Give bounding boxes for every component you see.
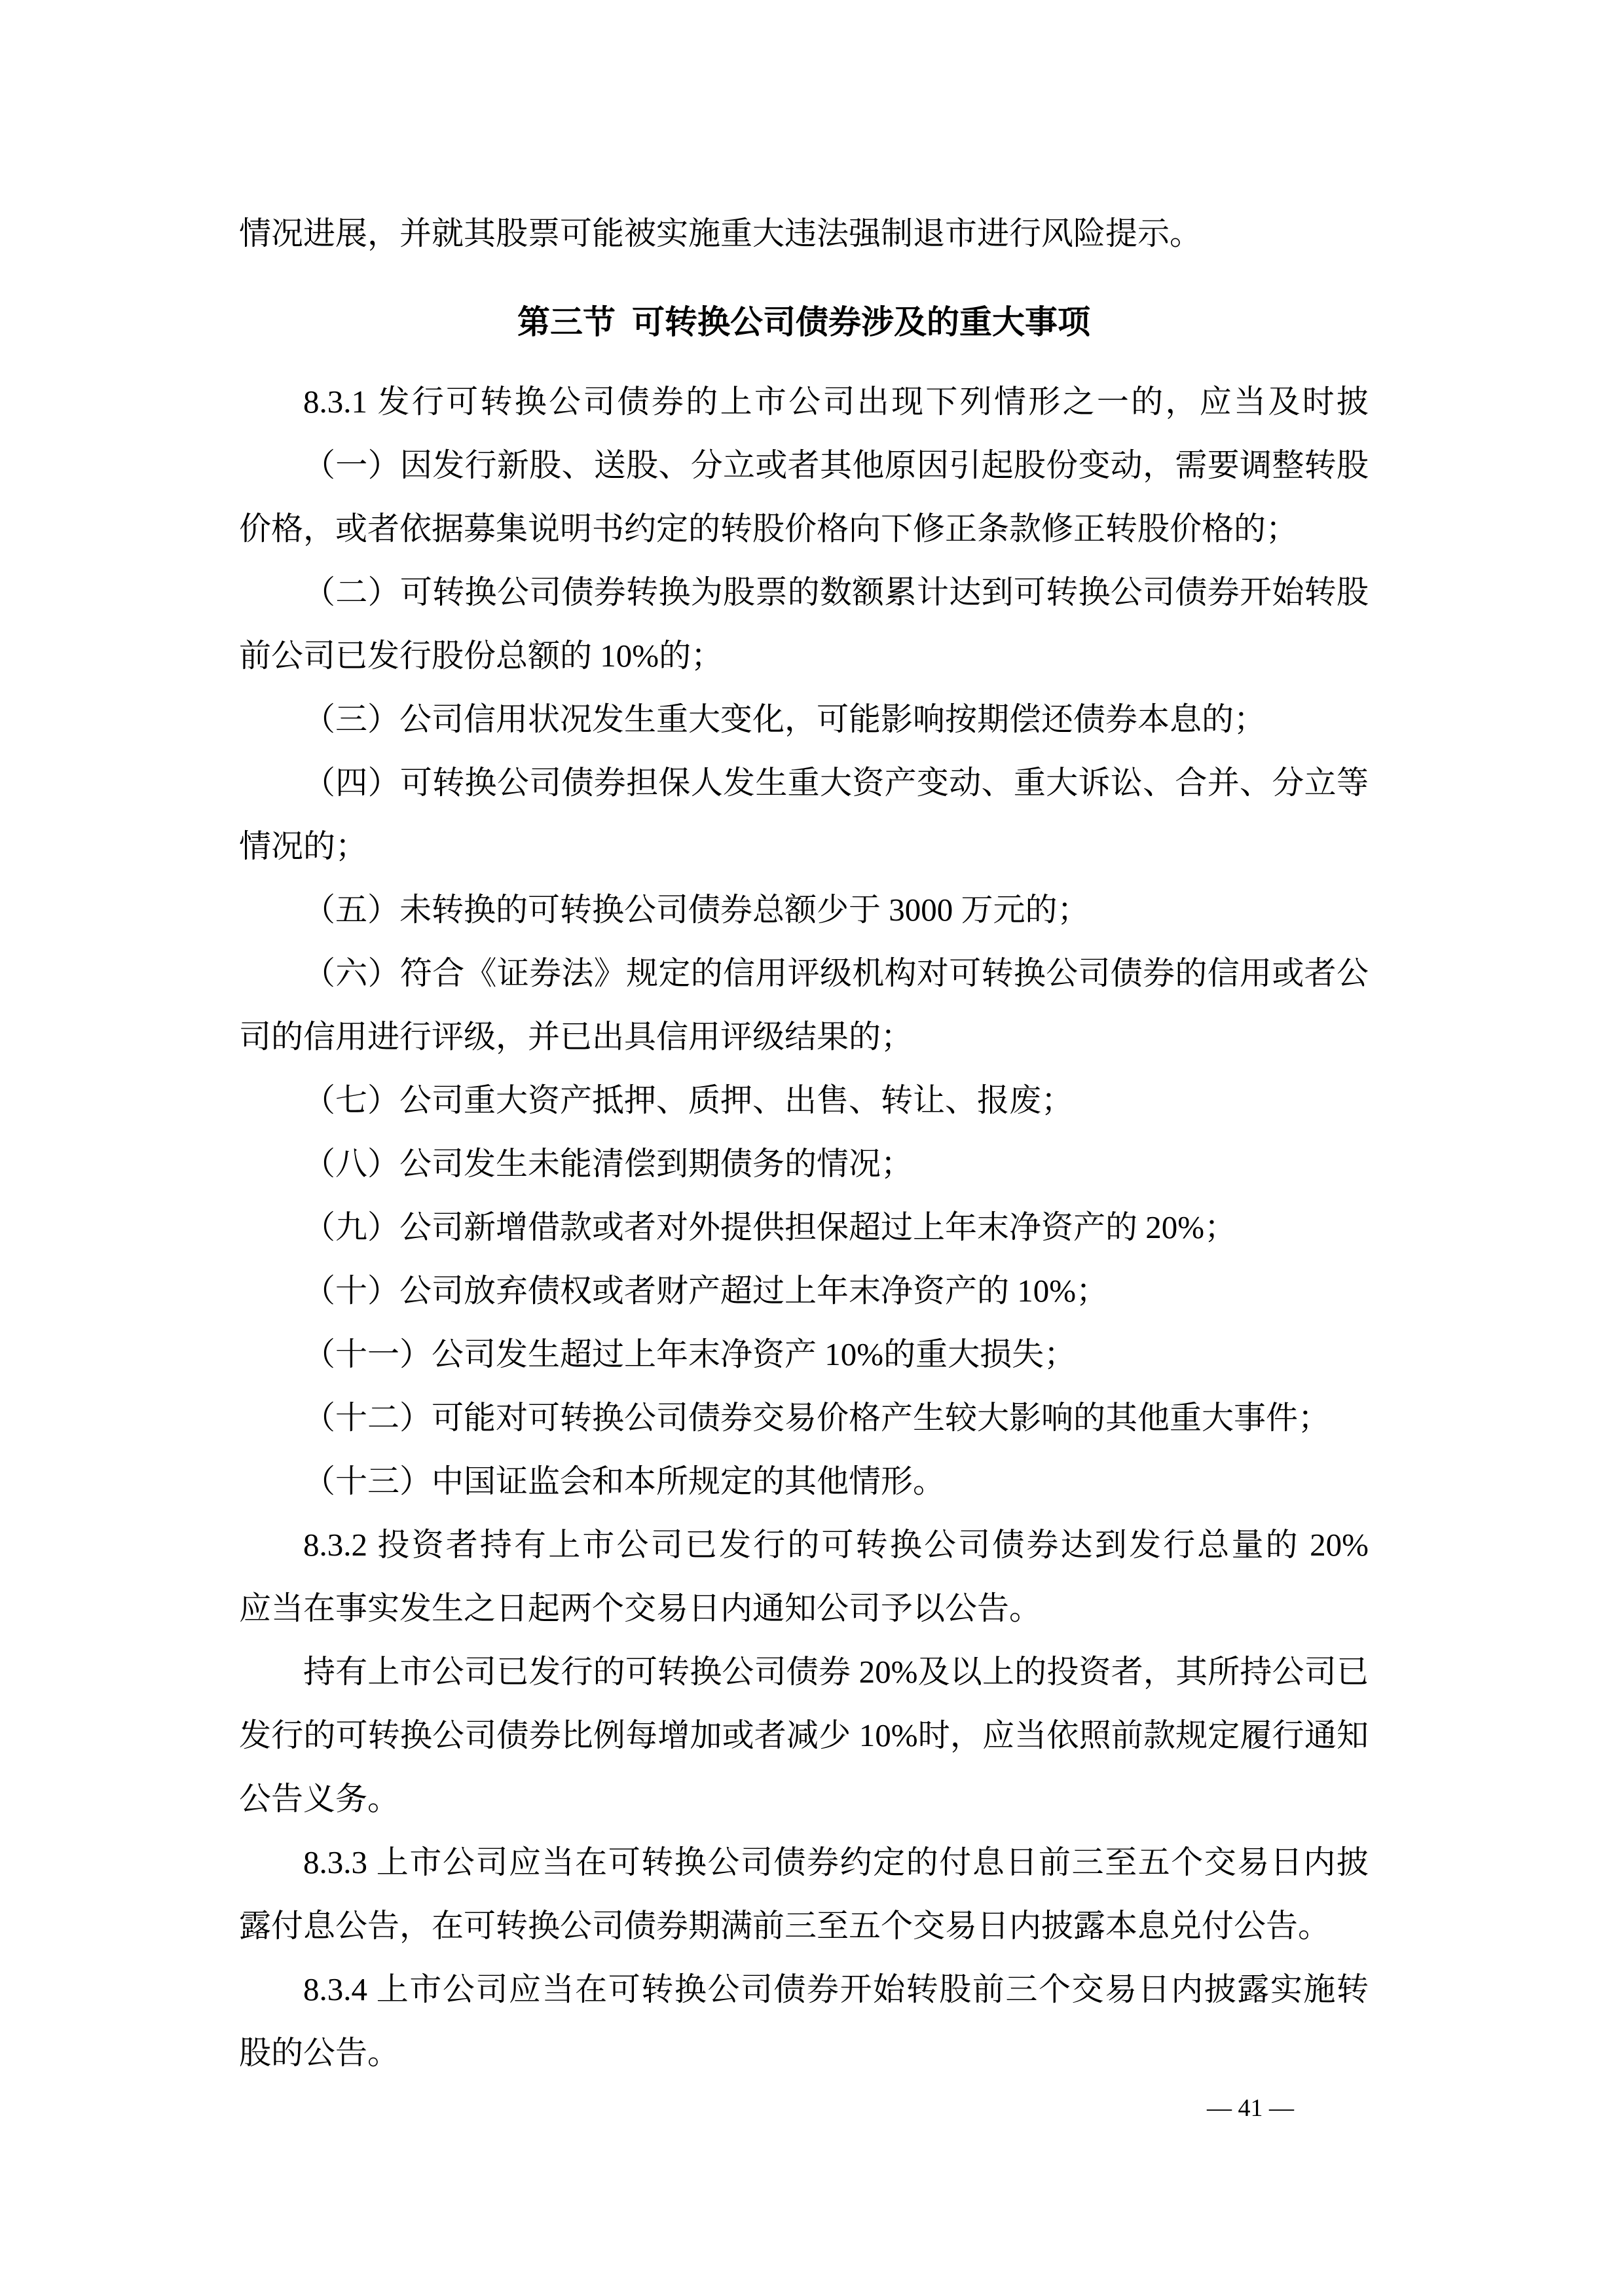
page-number: — 41 — xyxy=(1207,2092,1294,2124)
text-line: 8.3.1 发行可转换公司债券的上市公司出现下列情形之一的，应当及时披露： xyxy=(239,370,1369,433)
document-page: 情况进展，并就其股票可能被实施重大违法强制退市进行风险提示。 第三节 可转换公司… xyxy=(0,0,1624,2296)
text-line: 应当在事实发生之日起两个交易日内通知公司予以公告。 xyxy=(239,1576,1369,1640)
text-line: 公告义务。 xyxy=(239,1767,1369,1831)
text-line: 情况的； xyxy=(239,814,1369,878)
text-line: 8.3.4 上市公司应当在可转换公司债券开始转股前三个交易日内披露实施转 xyxy=(239,1958,1369,2021)
text-line: （五）未转换的可转换公司债券总额少于 3000 万元的； xyxy=(239,878,1369,941)
text-line: 持有上市公司已发行的可转换公司债券 20%及以上的投资者，其所持公司已 xyxy=(239,1640,1369,1704)
paragraph-continuation-line: 情况进展，并就其股票可能被实施重大违法强制退市进行风险提示。 xyxy=(239,202,1369,265)
text-line: （六）符合《证券法》规定的信用评级机构对可转换公司债券的信用或者公 xyxy=(239,941,1369,1005)
text-line: 价格，或者依据募集说明书约定的转股价格向下修正条款修正转股价格的； xyxy=(239,497,1369,560)
text-line: （三）公司信用状况发生重大变化，可能影响按期偿还债券本息的； xyxy=(239,687,1369,751)
text-line: （十）公司放弃债权或者财产超过上年末净资产的 10%； xyxy=(239,1259,1369,1322)
text-line: （四）可转换公司债券担保人发生重大资产变动、重大诉讼、合并、分立等 xyxy=(239,751,1369,814)
text-line: （九）公司新增借款或者对外提供担保超过上年末净资产的 20%； xyxy=(239,1195,1369,1259)
section-heading: 第三节 可转换公司债券涉及的重大事项 xyxy=(239,291,1369,354)
text-line: 8.3.3 上市公司应当在可转换公司债券约定的付息日前三至五个交易日内披 xyxy=(239,1831,1369,1894)
text-line: （八）公司发生未能清偿到期债务的情况； xyxy=(239,1132,1369,1195)
text-line: 司的信用进行评级，并已出具信用评级结果的； xyxy=(239,1005,1369,1068)
text-line: 前公司已发行股份总额的 10%的； xyxy=(239,624,1369,687)
text-line: （七）公司重大资产抵押、质押、出售、转让、报废； xyxy=(239,1068,1369,1132)
text-line: 发行的可转换公司债券比例每增加或者减少 10%时，应当依照前款规定履行通知 xyxy=(239,1704,1369,1767)
text-line: （二）可转换公司债券转换为股票的数额累计达到可转换公司债券开始转股 xyxy=(239,560,1369,624)
text-line: （十二）可能对可转换公司债券交易价格产生较大影响的其他重大事件； xyxy=(239,1386,1369,1449)
text-line: （十一）公司发生超过上年末净资产 10%的重大损失； xyxy=(239,1322,1369,1386)
text-column: 情况进展，并就其股票可能被实施重大违法强制退市进行风险提示。 第三节 可转换公司… xyxy=(239,202,1369,2085)
text-line: （一）因发行新股、送股、分立或者其他原因引起股份变动，需要调整转股 xyxy=(239,433,1369,497)
text-line: （十三）中国证监会和本所规定的其他情形。 xyxy=(239,1449,1369,1513)
text-line: 8.3.2 投资者持有上市公司已发行的可转换公司债券达到发行总量的 20%时， xyxy=(239,1513,1369,1576)
text-line: 露付息公告，在可转换公司债券期满前三至五个交易日内披露本息兑付公告。 xyxy=(239,1894,1369,1958)
text-line: 股的公告。 xyxy=(239,2021,1369,2085)
